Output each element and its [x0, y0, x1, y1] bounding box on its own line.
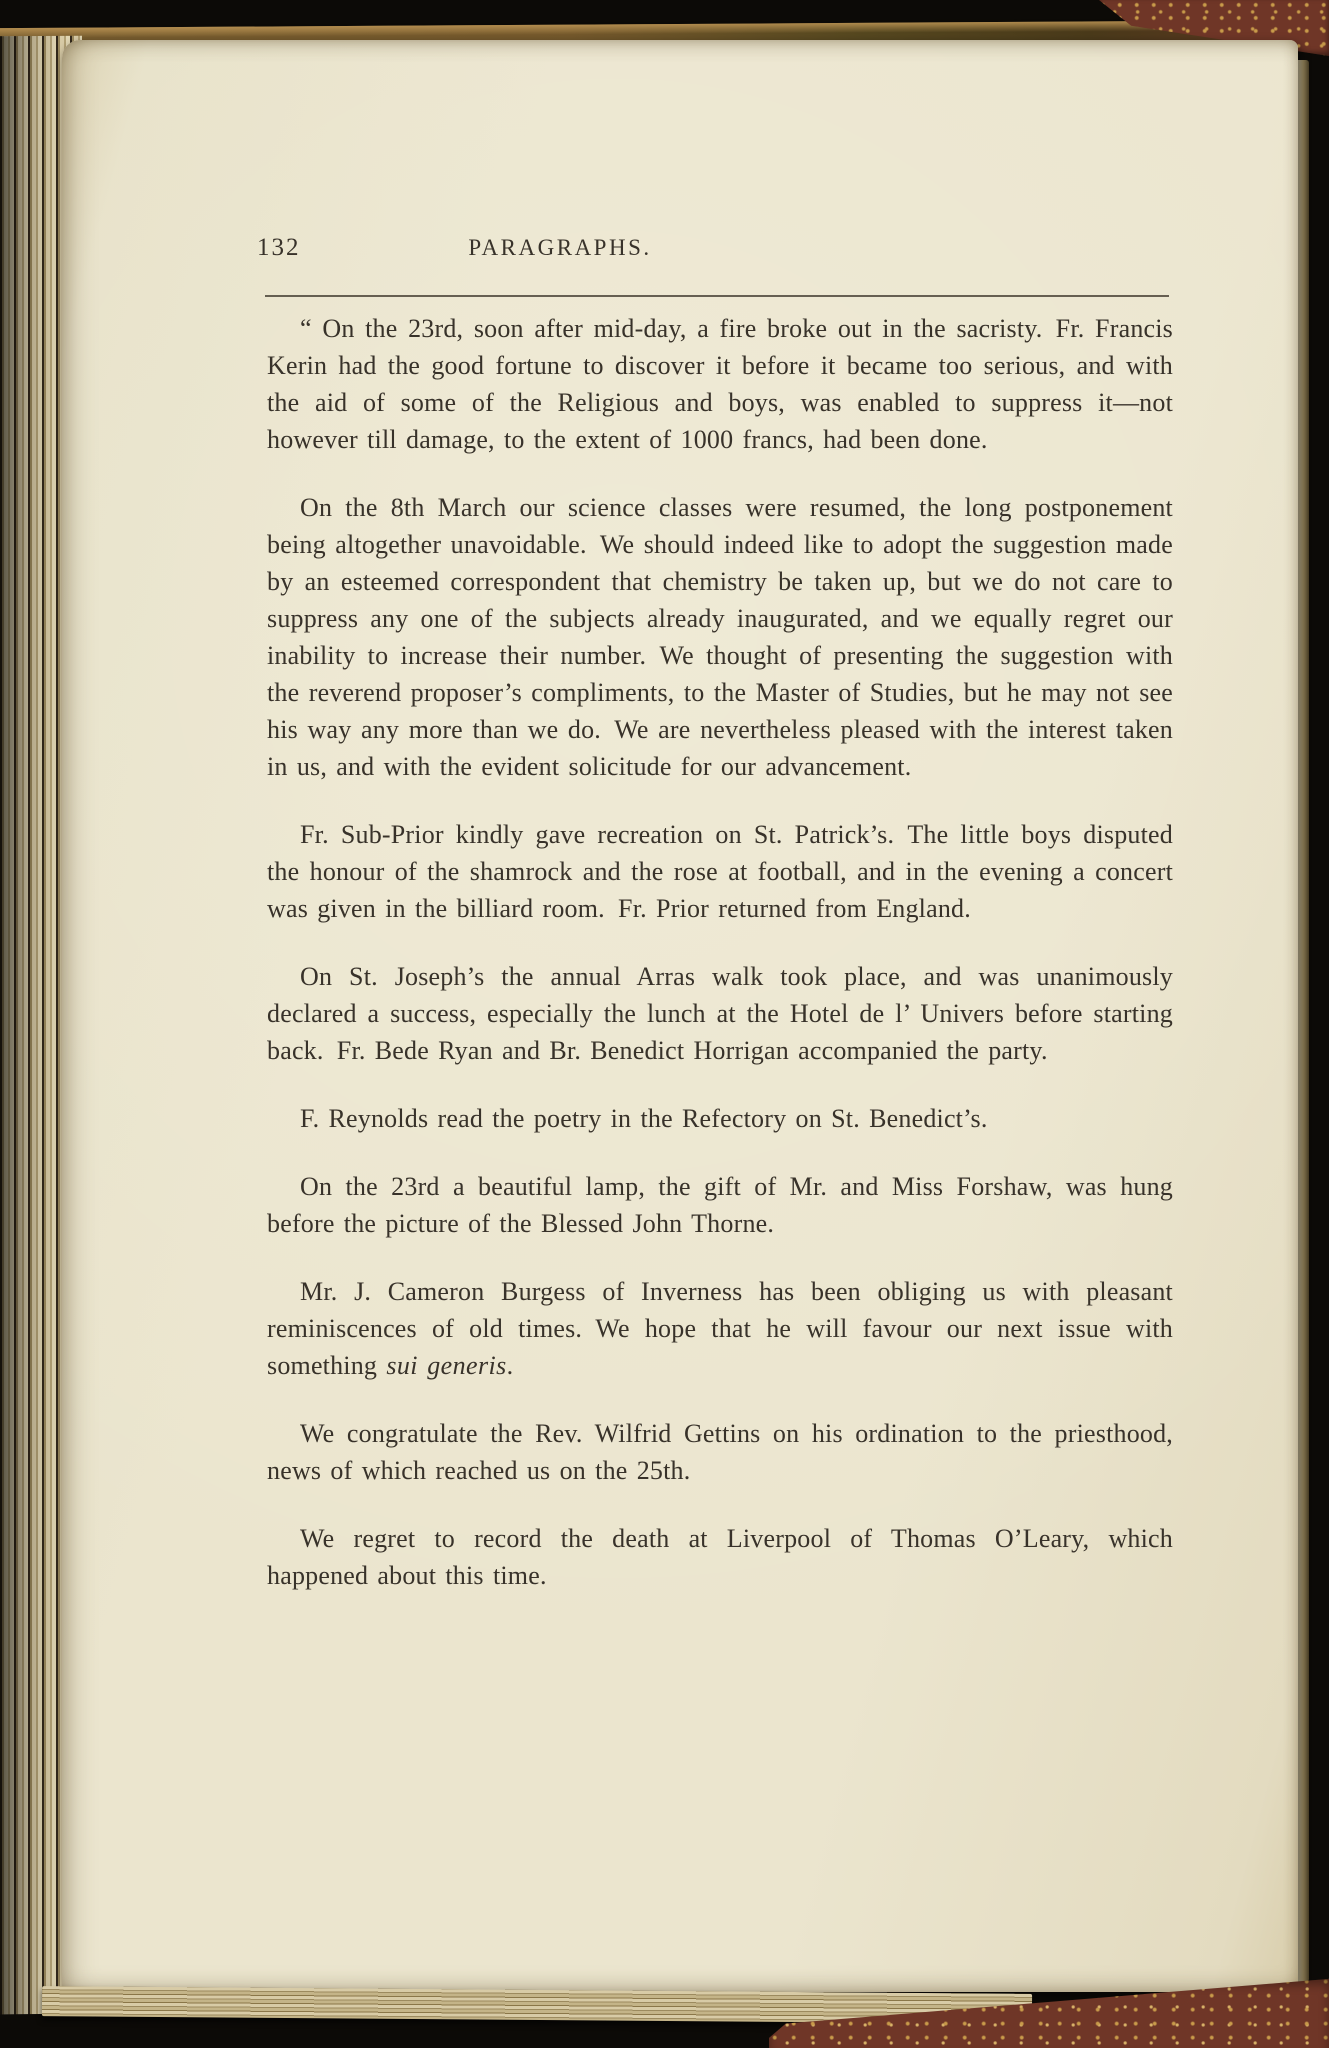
- running-header: PARAGRAPHS.: [468, 235, 651, 261]
- paragraph-oleary-death: We regret to record the death at Liverpo…: [267, 1520, 1173, 1594]
- page-number: 132: [257, 234, 301, 262]
- paragraph-lamp-gift: On the 23rd a beautiful lamp, the gift o…: [267, 1168, 1173, 1242]
- book-photograph: 132 PARAGRAPHS. “ On the 23rd, soon afte…: [0, 0, 1329, 2048]
- book-page: 132 PARAGRAPHS. “ On the 23rd, soon afte…: [62, 40, 1298, 1992]
- paragraph-gettins-ordination: We congratulate the Rev. Wilfrid Gettins…: [267, 1415, 1173, 1489]
- paragraph-fire-in-sacristy: “ On the 23rd, soon after mid-day, a fir…: [267, 310, 1173, 458]
- paragraph-st-patricks-recreation: Fr. Sub-Prior kindly gave recreation on …: [267, 816, 1173, 927]
- paragraph-text: .: [507, 1351, 514, 1380]
- page-edge-right: [1297, 60, 1309, 1982]
- paragraph-reynolds-poetry: F. Reynolds read the poetry in the Refec…: [267, 1100, 1173, 1137]
- paragraph-arras-walk: On St. Joseph’s the annual Arras walk to…: [267, 958, 1173, 1069]
- header-rule: [265, 295, 1169, 297]
- paragraph-cameron-burgess: Mr. J. Cameron Burgess of Inverness has …: [267, 1273, 1173, 1384]
- latin-phrase: sui generis: [386, 1351, 506, 1380]
- paragraph-science-classes: On the 8th March our science classes wer…: [267, 489, 1173, 785]
- text-block: “ On the 23rd, soon after mid-day, a fir…: [267, 310, 1173, 1625]
